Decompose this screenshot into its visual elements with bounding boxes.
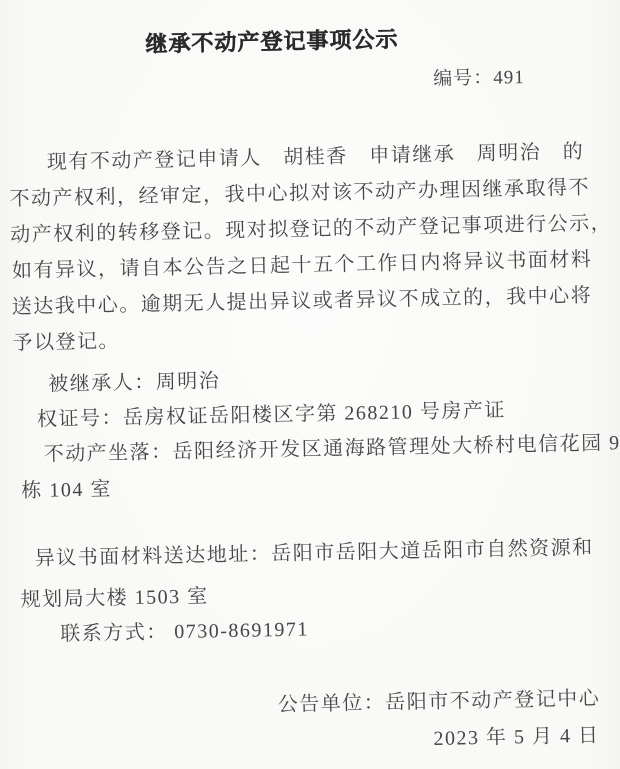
objection-address-line: 异议书面材料送达地址：岳阳市岳阳大道岳阳市自然资源和 (35, 535, 594, 572)
body-line-6: 予以登记。 (12, 328, 120, 356)
doc-number: 编号：491 (433, 65, 525, 93)
body-line-1: 现有不动产登记申请人 胡桂香 申请继承 周明治 的 (47, 139, 585, 176)
notice-date-line: 2023 年 5 月 4 日 (433, 723, 599, 752)
contact-phone-line: 联系方式： 0730-8691971 (60, 616, 309, 647)
detail-cert-line: 权证号：岳房权证岳阳楼区字第 268210 号房产证 (37, 397, 506, 432)
notice-sheet: 继承不动产登记事项公示 编号：491 现有不动产登记申请人 胡桂香 申请继承 周… (0, 0, 620, 769)
notice-title: 继承不动产登记事项公示 (145, 23, 399, 59)
objection-address-wrap-line: 规划局大楼 1503 室 (20, 583, 208, 613)
body-line-2: 不动产权利，经审定，我中心拟对该不动产办理因继承取得不 (9, 175, 590, 213)
issuing-unit-line: 公告单位：岳阳市不动产登记中心 (278, 686, 601, 718)
scanned-notice-page: { "notice": { "title": "继承不动产登记事项公示", "d… (0, 0, 620, 769)
detail-location-wrap-line: 栋 104 室 (21, 476, 112, 504)
body-line-3: 动产权利的转移登记。现对拟登记的不动产登记事项进行公示， (10, 210, 612, 248)
detail-location-line: 不动产坐落：岳阳经济开发区通海路管理处大桥村电信花园 9 (43, 430, 620, 468)
detail-heir-line: 被继承人：周明治 (48, 368, 220, 397)
body-line-4: 如有异议，请自本公告之日起十五个工作日内将异议书面材料 (12, 247, 593, 285)
body-line-5: 送达我中心。逾期无人提出异议或者异议不成立的，我中心将 (11, 283, 592, 321)
